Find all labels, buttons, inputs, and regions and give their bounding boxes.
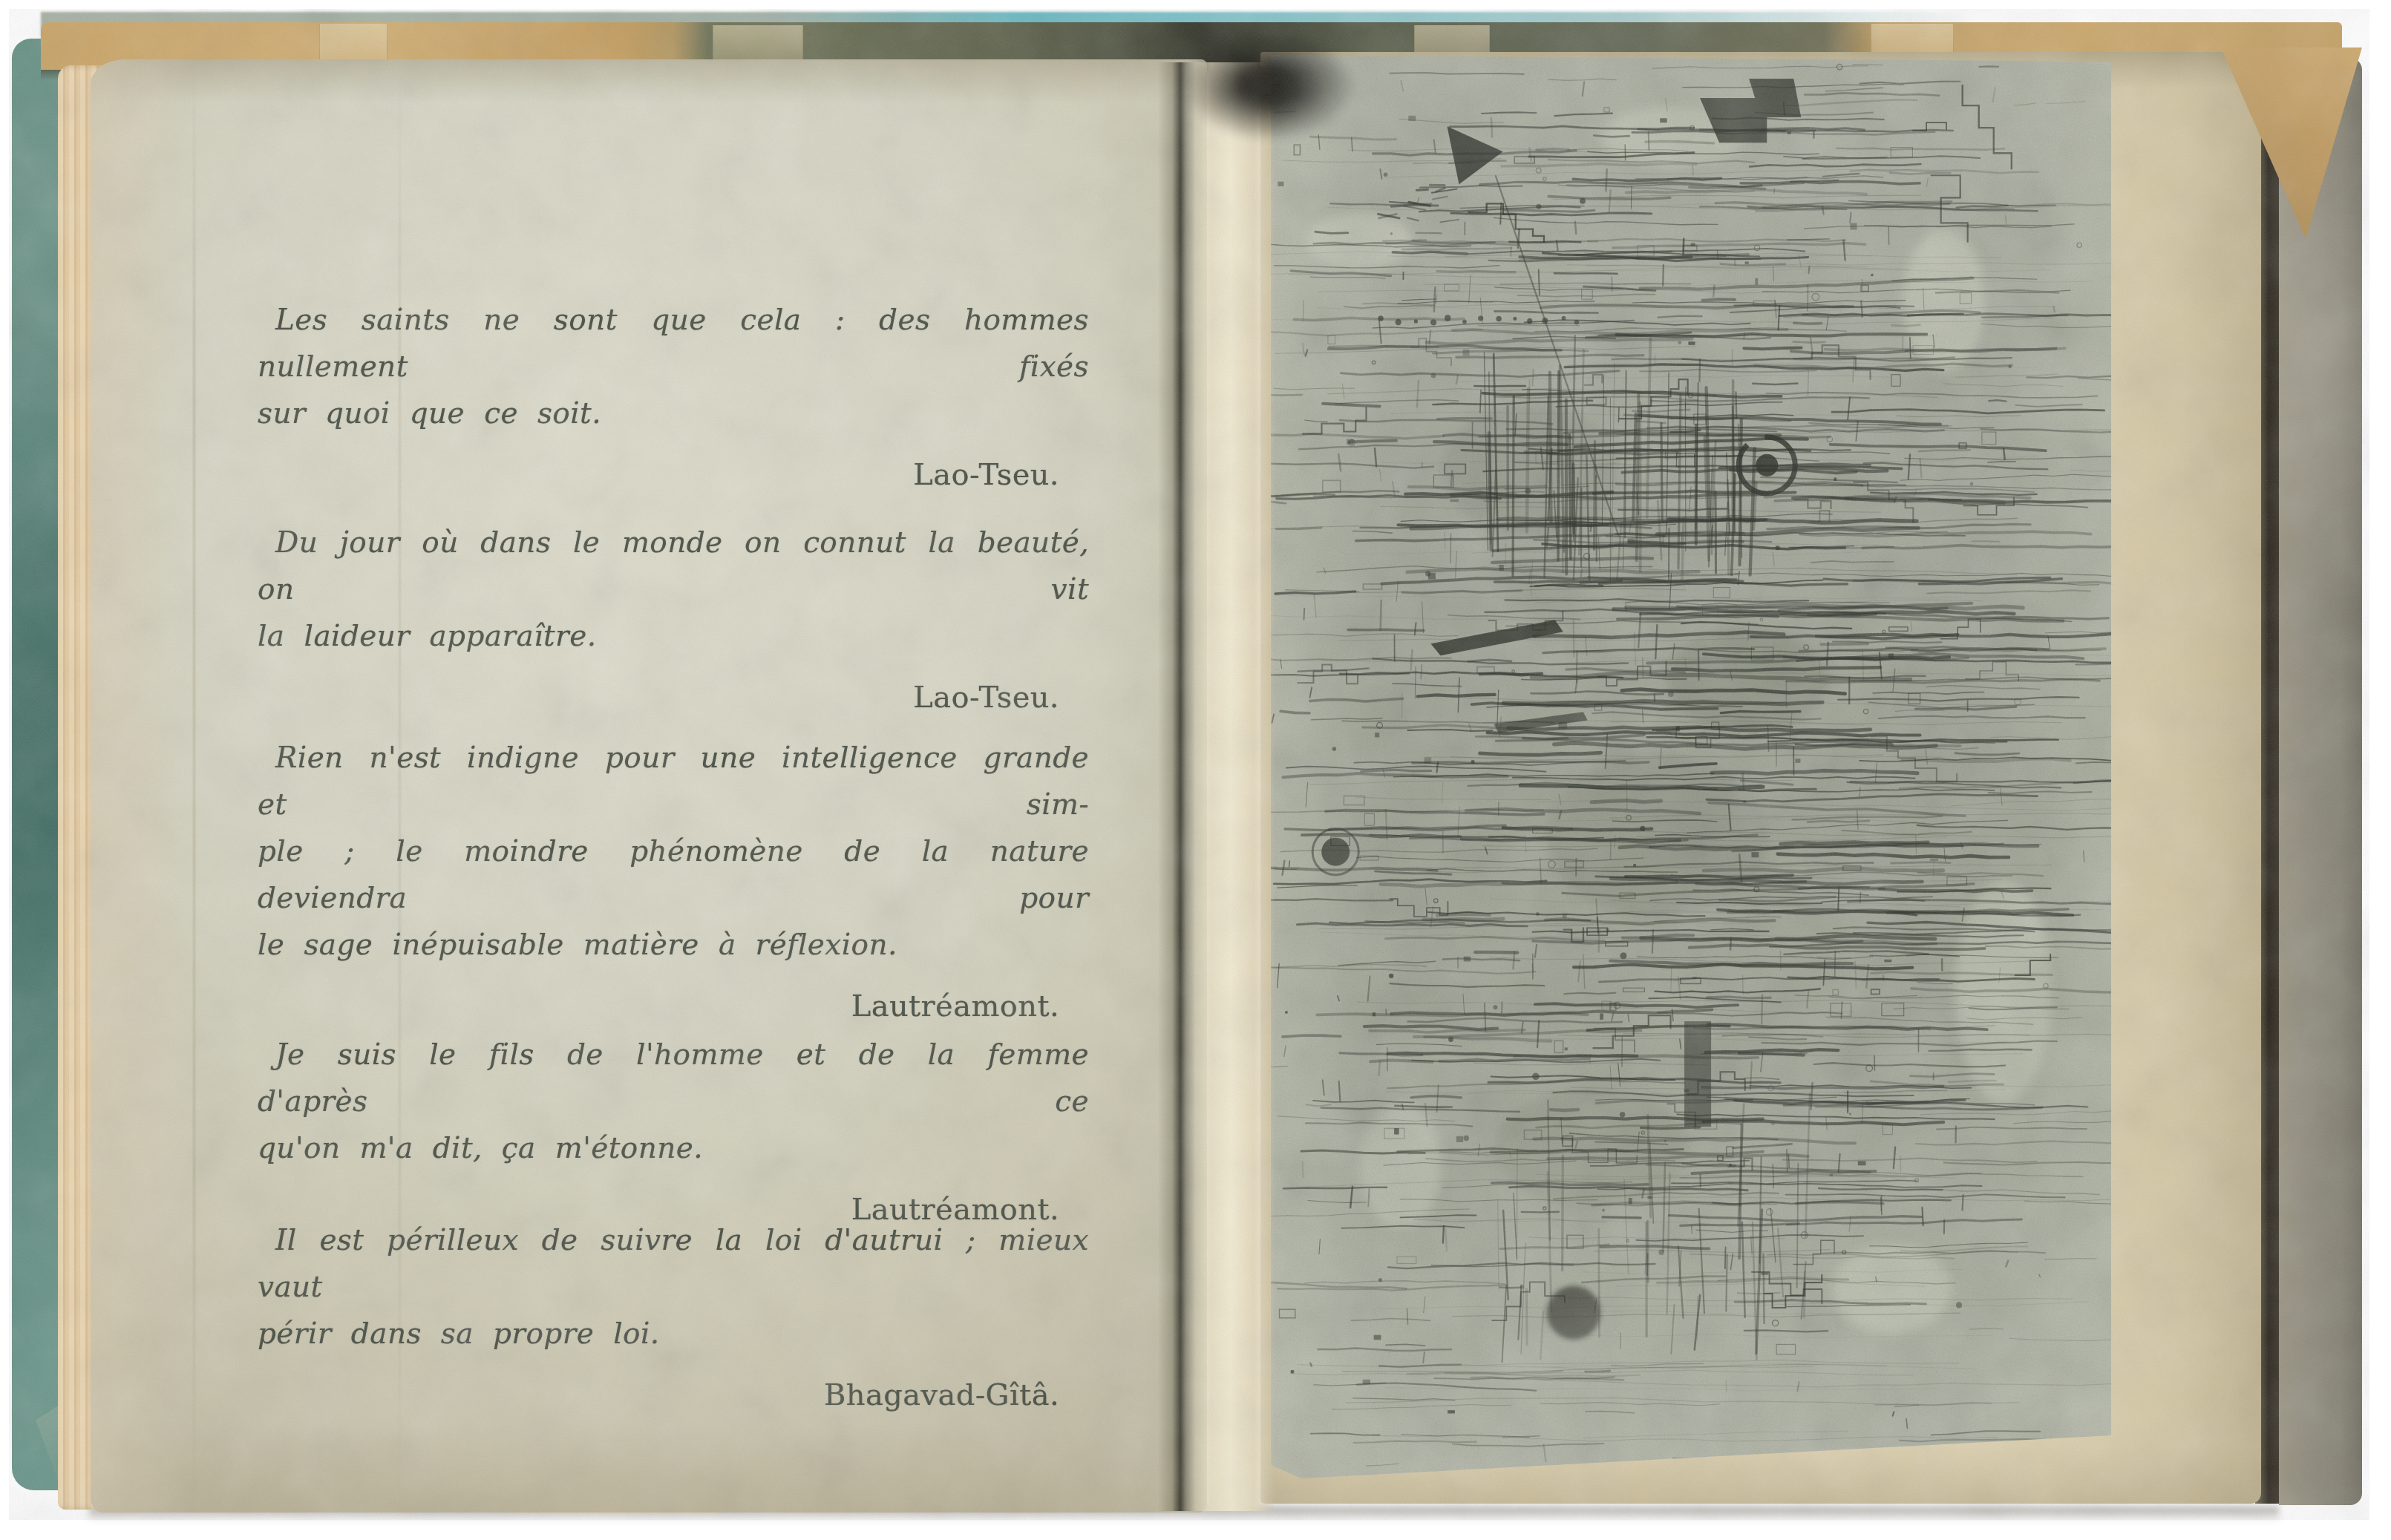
quote-line: périr dans sa propre loi.: [258, 1311, 1089, 1357]
right-cover-board: [2279, 58, 2362, 1505]
left-page: Les saints ne sont que cela : des hommes…: [91, 59, 1207, 1513]
screenshot-root: { "book": { "left_page": { "quotes": [ {…: [0, 0, 2391, 1540]
quote-attribution: Lao-Tseu.: [258, 452, 1089, 499]
page-crease: [193, 59, 195, 1513]
quote-line: le sage inépuisable matière à réflexion.: [258, 922, 1089, 969]
quote-line: ple ; le moindre phénomène de la nature …: [258, 828, 1089, 922]
gutter-top-shadow: [1183, 30, 1354, 141]
quote-line: la laideur apparaître.: [258, 613, 1089, 660]
plate-etching: [1271, 55, 2111, 1478]
quote-line: Je suis le fils de l'homme et de la femm…: [258, 1032, 1089, 1125]
quote-line: Rien n'est indigne pour une intelligence…: [258, 735, 1089, 828]
quote-attribution: Lao-Tseu.: [258, 675, 1089, 721]
right-page: [1260, 52, 2261, 1504]
quote-list: Les saints ne sont que cela : des hommes…: [258, 59, 1089, 1513]
quote-block: Je suis le fils de l'homme et de la femm…: [258, 1032, 1089, 1233]
quote-line: sur quoi que ce soit.: [258, 390, 1089, 437]
quote-attribution: Lautréamont.: [258, 983, 1089, 1030]
quote-line: Les saints ne sont que cela : des hommes…: [258, 297, 1089, 390]
quote-block: Rien n'est indigne pour une intelligence…: [258, 735, 1089, 1030]
quote-block: Il est périlleux de suivre la loi d'autr…: [258, 1217, 1089, 1419]
quote-attribution: Bhagavad-Gîtâ.: [258, 1372, 1089, 1419]
quote-line: Du jour où dans le monde on connut la be…: [258, 520, 1089, 613]
quote-block: Les saints ne sont que cela : des hommes…: [258, 297, 1089, 499]
gutter-fold: [1158, 62, 1275, 1511]
quote-line: Il est périlleux de suivre la loi d'autr…: [258, 1217, 1089, 1311]
quote-block: Du jour où dans le monde on connut la be…: [258, 520, 1089, 721]
quote-line: qu'on m'a dit, ça m'étonne.: [258, 1125, 1089, 1172]
